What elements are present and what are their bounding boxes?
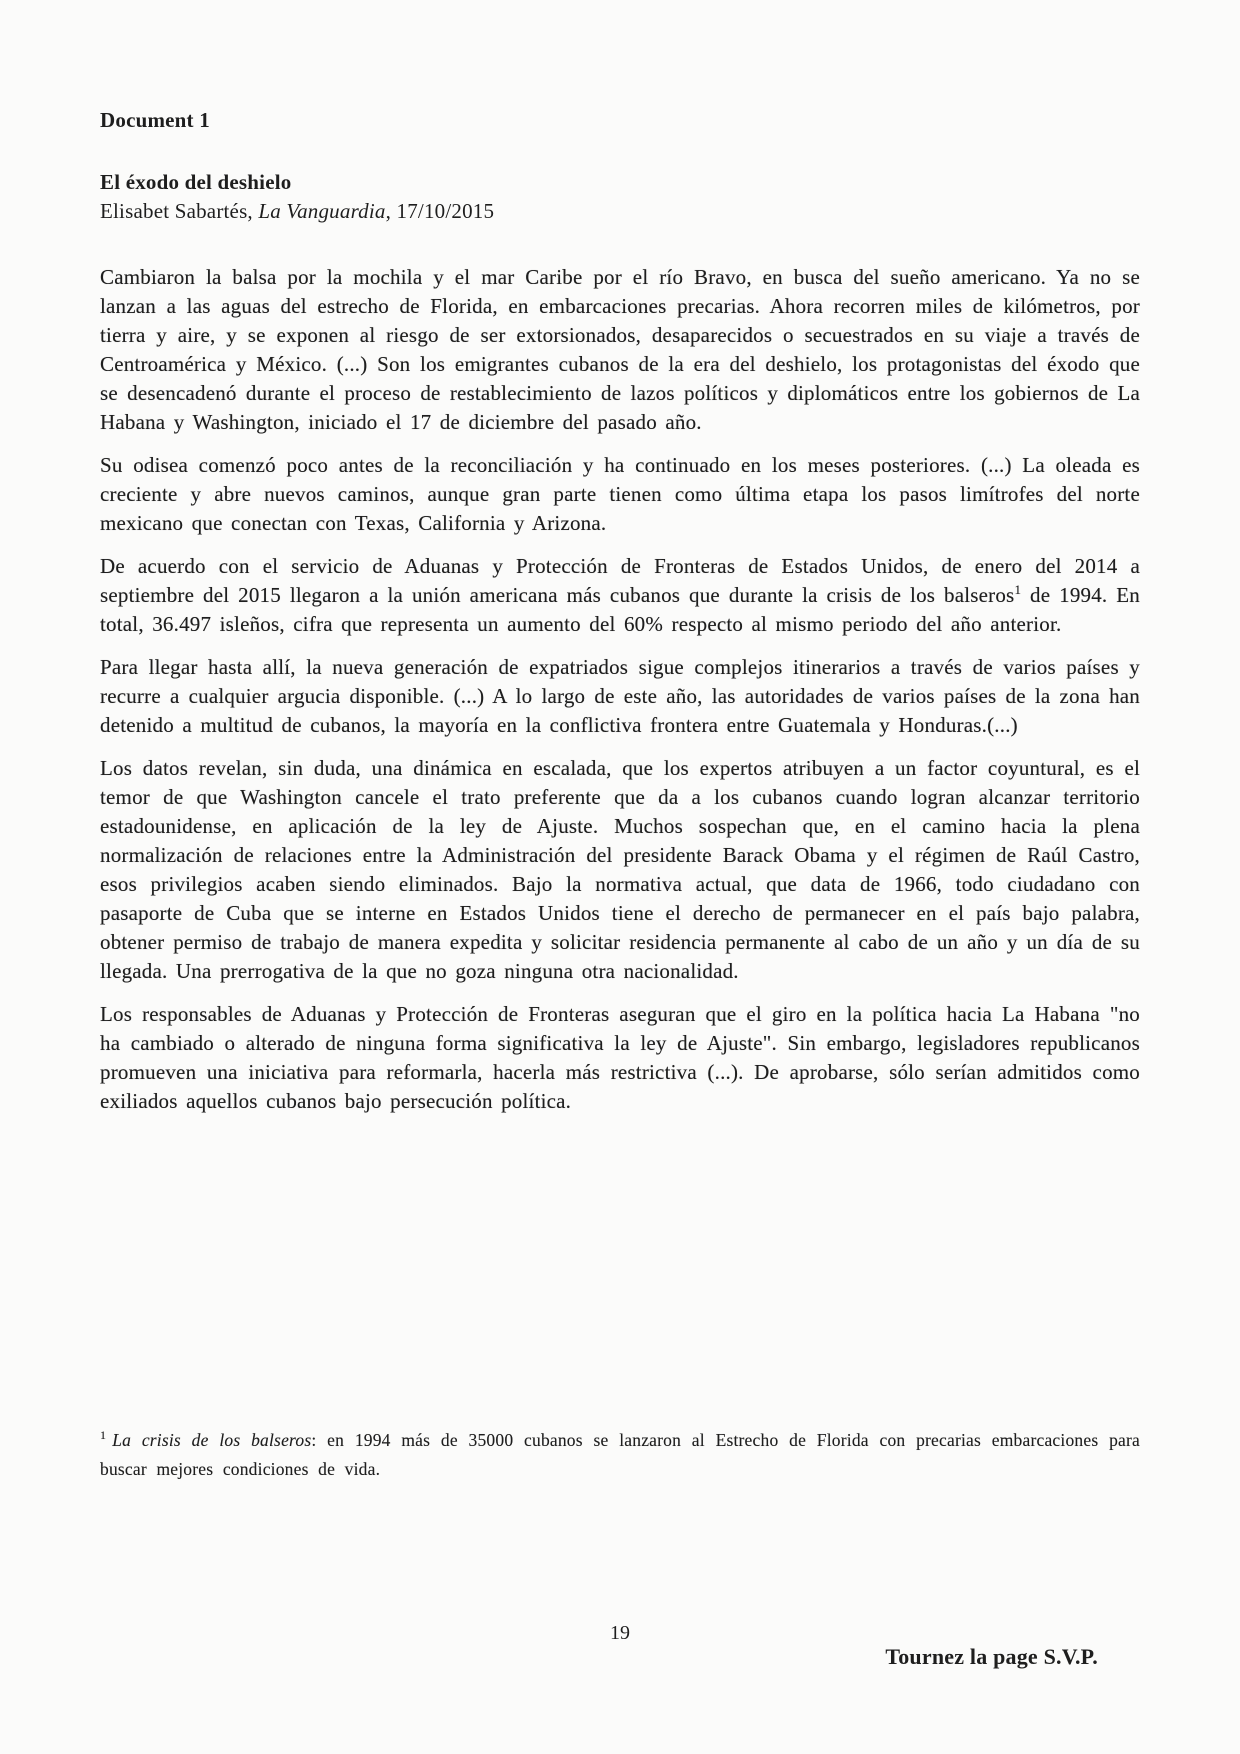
paragraph-5-text: Los datos revelan, sin duda, una dinámic… bbox=[100, 756, 1140, 983]
paragraph-1: Cambiaron la balsa por la mochila y el m… bbox=[100, 263, 1140, 437]
article-byline: Elisabet Sabartés, La Vanguardia, 17/10/… bbox=[100, 197, 1140, 226]
paragraph-6-text: Los responsables de Aduanas y Protección… bbox=[100, 1002, 1140, 1113]
footnote-term: La crisis de los balseros bbox=[112, 1430, 311, 1450]
scanned-document-page: Document 1 El éxodo del deshielo Elisabe… bbox=[0, 0, 1240, 1754]
paragraph-2: Su odisea comenzó poco antes de la recon… bbox=[100, 451, 1140, 538]
byline-author: Elisabet Sabartés, bbox=[100, 199, 258, 223]
paragraph-1-text: Cambiaron la balsa por la mochila y el m… bbox=[100, 265, 1140, 434]
paragraph-6: Los responsables de Aduanas y Protección… bbox=[100, 1000, 1140, 1116]
byline-source: La Vanguardia bbox=[258, 199, 385, 223]
article-header: El éxodo del deshielo Elisabet Sabartés,… bbox=[100, 168, 1140, 226]
paragraph-5: Los datos revelan, sin duda, una dinámic… bbox=[100, 754, 1140, 986]
paragraph-3-text: De acuerdo con el servicio de Aduanas y … bbox=[100, 554, 1140, 607]
paragraph-4-text: Para llegar hasta allí, la nueva generac… bbox=[100, 655, 1140, 737]
article-body: Cambiaron la balsa por la mochila y el m… bbox=[100, 263, 1140, 1130]
paragraph-4: Para llegar hasta allí, la nueva generac… bbox=[100, 653, 1140, 740]
paragraph-3: De acuerdo con el servicio de Aduanas y … bbox=[100, 552, 1140, 639]
byline-date: , 17/10/2015 bbox=[386, 199, 495, 223]
footnote: 1La crisis de los balseros: en 1994 más … bbox=[100, 1426, 1140, 1484]
footnote-marker: 1 bbox=[100, 1428, 106, 1442]
paragraph-2-text: Su odisea comenzó poco antes de la recon… bbox=[100, 453, 1140, 535]
turn-page-instruction: Tournez la page S.V.P. bbox=[885, 1644, 1098, 1670]
document-label: Document 1 bbox=[100, 108, 1140, 133]
page-number: 19 bbox=[100, 1622, 1140, 1645]
article-title: El éxodo del deshielo bbox=[100, 168, 1140, 197]
